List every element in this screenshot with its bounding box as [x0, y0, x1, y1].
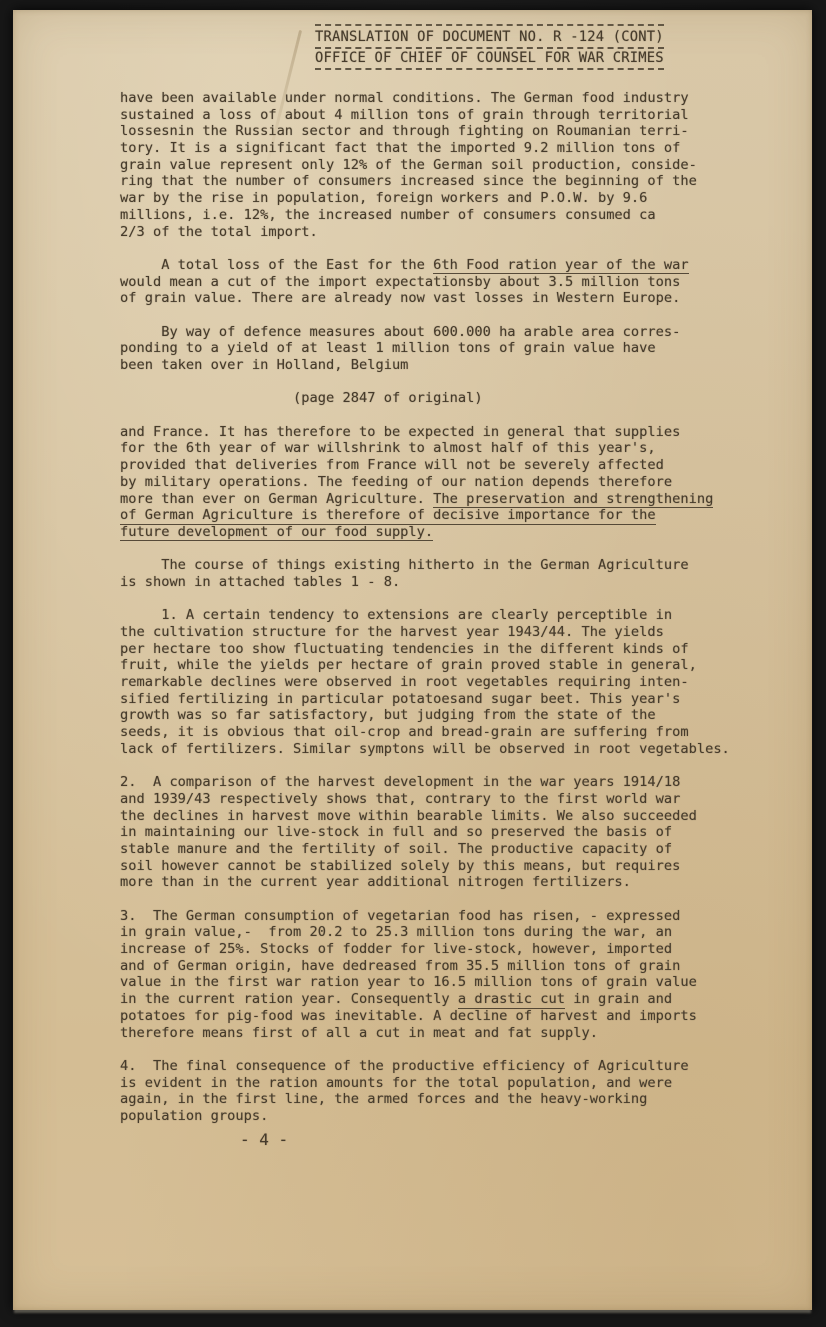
- document-header: TRANSLATION OF DOCUMENT NO. R -124 (CONT…: [315, 24, 664, 70]
- text-line: 2. A comparison of the harvest developme…: [120, 774, 812, 791]
- text-line: The course of things existing hitherto i…: [120, 557, 812, 574]
- text-line: fruit, while the yields per hectare of g…: [120, 657, 812, 674]
- photo-background: TRANSLATION OF DOCUMENT NO. R -124 (CONT…: [0, 0, 826, 1327]
- text-segment: 4. The final consequence of the producti…: [120, 1058, 689, 1074]
- text-segment: lossesnin the Russian sector and through…: [120, 123, 689, 139]
- text-segment: is shown in attached tables 1 - 8.: [120, 574, 400, 590]
- text-segment: and of German origin, have dedreased fro…: [120, 958, 680, 974]
- text-line: in grain value,- from 20.2 to 25.3 milli…: [120, 924, 812, 941]
- underlined-text: future development of our food supply.: [120, 524, 433, 542]
- text-line: of German Agriculture is therefore of de…: [120, 507, 812, 524]
- underlined-text: of German Agriculture is therefore of de…: [120, 507, 656, 525]
- text-line: in maintaining our live-stock in full an…: [120, 824, 812, 841]
- text-segment: 3. The German consumption of vegetarian …: [120, 908, 680, 924]
- text-segment: in maintaining our live-stock in full an…: [120, 824, 672, 840]
- text-line: 2/3 of the total import.: [120, 224, 812, 241]
- text-line: 4. The final consequence of the producti…: [120, 1058, 812, 1075]
- text-segment: and France. It has therefore to be expec…: [120, 424, 680, 440]
- blank-line: [120, 374, 812, 391]
- underlined-text: The preservation and strengthening: [433, 491, 713, 509]
- blank-line: [120, 407, 812, 424]
- text-line: remarkable declines were observed in roo…: [120, 674, 812, 691]
- text-segment: the cultivation structure for the harves…: [120, 624, 664, 640]
- text-segment: increase of 25%. Stocks of fodder for li…: [120, 941, 672, 957]
- text-line: provided that deliveries from France wil…: [120, 457, 812, 474]
- text-line: value in the first war ration year to 16…: [120, 974, 812, 991]
- document-page: TRANSLATION OF DOCUMENT NO. R -124 (CONT…: [13, 10, 812, 1310]
- blank-line: [120, 891, 812, 908]
- text-segment: in the current ration year. Consequently: [120, 991, 458, 1007]
- text-line: population groups.: [120, 1108, 812, 1125]
- text-line: lossesnin the Russian sector and through…: [120, 123, 812, 140]
- text-segment: again, in the first line, the armed forc…: [120, 1091, 647, 1107]
- text-line: more than ever on German Agriculture. Th…: [120, 491, 812, 508]
- text-segment: the declines in harvest move within bear…: [120, 808, 697, 824]
- text-line: future development of our food supply.: [120, 524, 812, 541]
- text-segment: for the 6th year of war willshrink to al…: [120, 440, 656, 456]
- text-line: in the current ration year. Consequently…: [120, 991, 812, 1008]
- text-segment: remarkable declines were observed in roo…: [120, 674, 689, 690]
- text-segment: sustained a loss of about 4 million tons…: [120, 107, 689, 123]
- text-line: for the 6th year of war willshrink to al…: [120, 440, 812, 457]
- text-line: more than in the current year additional…: [120, 874, 812, 891]
- text-line: millions, i.e. 12%, the increased number…: [120, 207, 812, 224]
- blank-line: [120, 240, 812, 257]
- text-line: is shown in attached tables 1 - 8.: [120, 574, 812, 591]
- text-line: the cultivation structure for the harves…: [120, 624, 812, 641]
- text-segment: population groups.: [120, 1108, 268, 1124]
- text-line: by military operations. The feeding of o…: [120, 474, 812, 491]
- text-segment: therefore means first of all a cut in me…: [120, 1025, 598, 1041]
- text-line: of grain value. There are already now va…: [120, 290, 812, 307]
- text-line: sustained a loss of about 4 million tons…: [120, 107, 812, 124]
- text-segment: per hectare too show fluctuating tendenc…: [120, 641, 689, 657]
- text-line: the declines in harvest move within bear…: [120, 808, 812, 825]
- text-segment: in grain and: [565, 991, 672, 1007]
- underlined-text: 6th Food ration year of the war: [433, 257, 688, 275]
- text-line: war by the rise in population, foreign w…: [120, 190, 812, 207]
- text-segment: tory. It is a significant fact that the …: [120, 140, 680, 156]
- text-line: (page 2847 of original): [120, 390, 812, 407]
- text-segment: ring that the number of consumers increa…: [120, 173, 697, 189]
- underlined-text: a drastic cut: [458, 991, 565, 1009]
- text-segment: By way of defence measures about 600.000…: [120, 324, 680, 340]
- text-segment: more than in the current year additional…: [120, 874, 631, 890]
- text-line: sified fertilizing in particular potatoe…: [120, 691, 812, 708]
- text-line: and 1939/43 respectively shows that, con…: [120, 791, 812, 808]
- text-segment: (page 2847 of original): [120, 390, 483, 406]
- text-line: ponding to a yield of at least 1 million…: [120, 340, 812, 357]
- text-segment: fruit, while the yields per hectare of g…: [120, 657, 697, 673]
- header-title: TRANSLATION OF DOCUMENT NO. R -124 (CONT…: [315, 28, 664, 49]
- blank-line: [120, 541, 812, 558]
- text-segment: is evident in the ration amounts for the…: [120, 1075, 672, 1091]
- text-line: again, in the first line, the armed forc…: [120, 1091, 812, 1108]
- blank-line: [120, 307, 812, 324]
- blank-line: [120, 591, 812, 608]
- text-line: ring that the number of consumers increa…: [120, 173, 812, 190]
- text-segment: millions, i.e. 12%, the increased number…: [120, 207, 656, 223]
- text-segment: growth was so far satisfactory, but judg…: [120, 707, 656, 723]
- text-segment: in grain value,- from 20.2 to 25.3 milli…: [120, 924, 672, 940]
- text-line: is evident in the ration amounts for the…: [120, 1075, 812, 1092]
- text-line: have been available under normal conditi…: [120, 90, 812, 107]
- document-body: have been available under normal conditi…: [120, 90, 812, 1125]
- text-segment: value in the first war ration year to 16…: [120, 974, 697, 990]
- text-line: increase of 25%. Stocks of fodder for li…: [120, 941, 812, 958]
- header-office: OFFICE OF CHIEF OF COUNSEL FOR WAR CRIME…: [315, 49, 664, 70]
- text-segment: ponding to a yield of at least 1 million…: [120, 340, 656, 356]
- text-segment: 1. A certain tendency to extensions are …: [120, 607, 672, 623]
- text-segment: sified fertilizing in particular potatoe…: [120, 691, 680, 707]
- text-segment: A total loss of the East for the: [120, 257, 433, 273]
- text-segment: provided that deliveries from France wil…: [120, 457, 664, 473]
- text-line: potatoes for pig-food was inevitable. A …: [120, 1008, 812, 1025]
- text-segment: would mean a cut of the import expectati…: [120, 274, 680, 290]
- text-line: seeds, it is obvious that oil-crop and b…: [120, 724, 812, 741]
- text-line: lack of fertilizers. Similar symptons wi…: [120, 741, 812, 758]
- text-segment: by military operations. The feeding of o…: [120, 474, 672, 490]
- text-line: therefore means first of all a cut in me…: [120, 1025, 812, 1042]
- text-line: grain value represent only 12% of the Ge…: [120, 157, 812, 174]
- blank-line: [120, 1041, 812, 1058]
- page-number: - 4 -: [240, 1130, 812, 1147]
- text-segment: more than ever on German Agriculture.: [120, 491, 433, 507]
- text-segment: been taken over in Holland, Belgium: [120, 357, 408, 373]
- text-line: soil however cannot be stabilized solely…: [120, 858, 812, 875]
- text-line: would mean a cut of the import expectati…: [120, 274, 812, 291]
- blank-line: [120, 758, 812, 775]
- text-segment: have been available under normal conditi…: [120, 90, 689, 106]
- text-segment: potatoes for pig-food was inevitable. A …: [120, 1008, 697, 1024]
- text-segment: and 1939/43 respectively shows that, con…: [120, 791, 680, 807]
- text-segment: grain value represent only 12% of the Ge…: [120, 157, 697, 173]
- text-segment: stable manure and the fertility of soil.…: [120, 841, 672, 857]
- text-line: By way of defence measures about 600.000…: [120, 324, 812, 341]
- text-line: and of German origin, have dedreased fro…: [120, 958, 812, 975]
- text-line: A total loss of the East for the 6th Foo…: [120, 257, 812, 274]
- text-segment: of grain value. There are already now va…: [120, 290, 680, 306]
- text-segment: soil however cannot be stabilized solely…: [120, 858, 680, 874]
- text-segment: war by the rise in population, foreign w…: [120, 190, 647, 206]
- text-line: 3. The German consumption of vegetarian …: [120, 908, 812, 925]
- text-segment: The course of things existing hitherto i…: [120, 557, 689, 573]
- text-segment: lack of fertilizers. Similar symptons wi…: [120, 741, 730, 757]
- text-line: per hectare too show fluctuating tendenc…: [120, 641, 812, 658]
- text-segment: 2. A comparison of the harvest developme…: [120, 774, 680, 790]
- text-segment: 2/3 of the total import.: [120, 224, 318, 240]
- text-line: 1. A certain tendency to extensions are …: [120, 607, 812, 624]
- text-line: and France. It has therefore to be expec…: [120, 424, 812, 441]
- text-line: tory. It is a significant fact that the …: [120, 140, 812, 157]
- text-line: stable manure and the fertility of soil.…: [120, 841, 812, 858]
- text-line: been taken over in Holland, Belgium: [120, 357, 812, 374]
- text-segment: seeds, it is obvious that oil-crop and b…: [120, 724, 689, 740]
- text-line: growth was so far satisfactory, but judg…: [120, 707, 812, 724]
